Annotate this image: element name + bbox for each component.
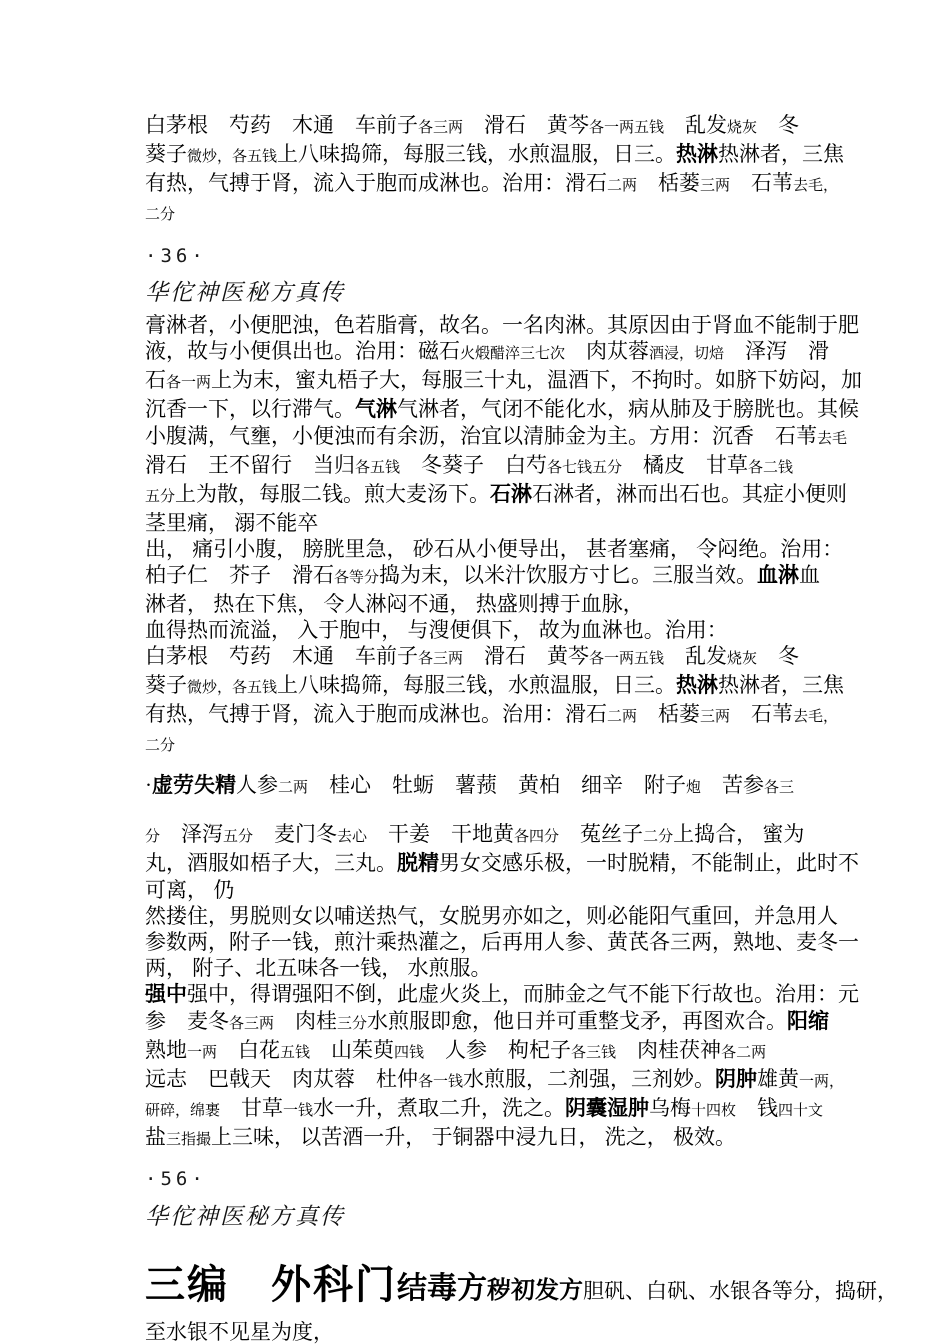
body-text: 山茱萸 xyxy=(310,1038,394,1062)
dose-annotation: 一钱 xyxy=(283,1103,313,1119)
para-qiangzhong: 强中强中，得谓强阳不倒，此虚火炎上，而肺金之气不能下行故也。治用：元参 麦冬各三… xyxy=(145,981,822,1037)
dose-annotation: 二分 xyxy=(643,829,673,845)
body-text: 两， 附子、北五味各一钱， 水煎服。 xyxy=(145,956,492,980)
body-text: 苦参 xyxy=(701,773,764,797)
body-text: 滑石 黄芩 xyxy=(463,644,589,668)
text-line: 至水银不见星为度， xyxy=(145,1319,822,1344)
text-line: 白茅根 芍药 木通 车前子各三两 滑石 黄芩各一两五钱 乱发烧灰 冬 xyxy=(145,112,822,141)
dose-annotation: 五分 xyxy=(223,829,253,845)
page-number-56: ·56· xyxy=(145,1167,822,1191)
body-text: 上为散，每服二钱。煎大麦汤下。 xyxy=(175,482,490,506)
dose-annotation: 微炒，各五钱 xyxy=(187,680,277,696)
text-line: 分 泽泻五分 麦门冬去心 干姜 干地黄各四分 菟丝子二分上捣合， 蜜为 xyxy=(145,821,822,850)
dose-annotation: 去心 xyxy=(337,829,367,845)
dose-annotation: 各一钱 xyxy=(418,1074,463,1090)
dose-annotation: 火煅醋淬三七次 xyxy=(460,346,565,362)
dose-annotation: 三两 xyxy=(700,709,730,725)
bold-term: 热淋 xyxy=(676,143,718,166)
body-text: 热淋者，三焦 xyxy=(718,673,844,697)
body-text: 气淋者，气闭不能化水，病从肺及于膀胱也。其候 xyxy=(397,397,859,421)
dose-annotation: 各四分 xyxy=(514,829,559,845)
body-text: 乌梅 xyxy=(649,1096,691,1120)
body-text: 捣为末，以米汁饮服方寸匕。三服当效。 xyxy=(379,563,757,587)
para-xulao-shijing: ·虚劳失精人参二两 桂心 牡蛎 薯蓣 黄柏 细辛 附子炮 苦参各三 xyxy=(145,772,822,801)
dose-annotation: 一两 xyxy=(187,1045,217,1061)
body-text: 人参 xyxy=(236,773,278,797)
body-text: 肉桂 xyxy=(274,1009,337,1033)
body-text: 沉香一下，以行滞气。 xyxy=(145,397,355,421)
text-line: 血得热而流溢， 入于胞中， 与溲便俱下， 故为血淋也。治用： xyxy=(145,617,822,643)
dose-annotation: 各二两 xyxy=(721,1045,766,1061)
body-text: 强中，得谓强阳不倒，此虚火炎上，而肺金之气不能下行故也。治用：元 xyxy=(187,982,859,1006)
body-text: 有热，气搏于肾，流入于胞而成淋也。治用：滑石 xyxy=(145,171,607,195)
dose-annotation: 三两 xyxy=(700,178,730,194)
body-text: 膏淋者，小便肥浊，色若脂膏，故名。一名肉淋。其原因由于肾血不能制于肥 xyxy=(145,313,859,337)
text-line: 膏淋者，小便肥浊，色若脂膏，故名。一名肉淋。其原因由于肾血不能制于肥 xyxy=(145,312,822,338)
body-text: 栝蒌 xyxy=(637,171,700,195)
dose-annotation: 微炒，各五钱 xyxy=(187,149,277,165)
dose-annotation: 各一两五钱 xyxy=(589,120,664,136)
document-page: 白茅根 芍药 木通 车前子各三两 滑石 黄芩各一两五钱 乱发烧灰 冬葵子微炒，各… xyxy=(0,0,950,1344)
body-text: 乱发 xyxy=(664,644,727,668)
body-text: 可离， 仍 xyxy=(145,878,234,902)
body-text: 远志 巴戟天 肉苁蓉 杜仲 xyxy=(145,1067,418,1091)
bold-term: 脱精 xyxy=(397,852,439,875)
para-yangsuo-yinzhong: 熟地一两 白花五钱 山茱萸四钱 人参 枸杞子各三钱 肉桂茯神各二两远志 巴戟天 … xyxy=(145,1037,822,1153)
body-text: 茎里痛， 溺不能卒 xyxy=(145,511,318,535)
text-line: 熟地一两 白花五钱 山茱萸四钱 人参 枸杞子各三钱 肉桂茯神各二两 xyxy=(145,1037,822,1066)
dose-annotation: 二两 xyxy=(607,178,637,194)
dose-annotation: 研碎，绵裹 xyxy=(145,1103,220,1119)
dose-annotation: 去毛 xyxy=(817,431,847,447)
body-text: 人参 枸杞子 xyxy=(424,1038,571,1062)
text-line: 葵子微炒，各五钱上八味捣筛，每服三钱，水煎温服，日三。热淋热淋者，三焦 xyxy=(145,672,822,701)
body-text: 桂心 牡蛎 薯蓣 黄柏 细辛 附子 xyxy=(308,773,686,797)
text-line: 葵子微炒，各五钱上八味捣筛，每服三钱，水煎温服，日三。热淋热淋者，三焦 xyxy=(145,141,822,170)
dose-annotation: 烧灰 xyxy=(727,651,757,667)
body-text: · xyxy=(145,773,152,797)
dose-annotation: 各三 xyxy=(764,780,794,796)
dose-annotation: 各三两 xyxy=(418,651,463,667)
text-line: 出， 痛引小腹， 膀胱里急， 砂石从小便导出， 甚者塞痛， 令闷绝。治用： xyxy=(145,536,822,562)
dose-annotation: 一两， xyxy=(799,1074,844,1090)
text-line: 滑石 王不留行 当归各五钱 冬葵子 白芍各七钱五分 橘皮 甘草各二钱 xyxy=(145,452,822,481)
text-line: 然搂住，男脱则女以哺送热气，女脱男亦如之，则必能阳气重回，并急用人 xyxy=(145,903,822,929)
dose-annotation: 二两 xyxy=(607,709,637,725)
text-line: 三编 外科门结毒方秽初发方胆矾、白矾、水银各等分，捣研， xyxy=(145,1261,822,1315)
body-text: 石苇 xyxy=(730,171,793,195)
heading-sanbian: 三编 外科门结毒方秽初发方胆矾、白矾、水银各等分，捣研， xyxy=(145,1261,822,1315)
dose-annotation: 三分 xyxy=(337,1016,367,1032)
body-text: 三编 外科门 xyxy=(145,1263,397,1307)
body-text: 葵子 xyxy=(145,142,187,166)
para-main: 膏淋者，小便肥浊，色若脂膏，故名。一名肉淋。其原因由于肾血不能制于肥液，故与小便… xyxy=(145,312,822,759)
body-text: 冬 xyxy=(757,644,799,668)
dose-annotation: 二分 xyxy=(145,207,175,223)
body-text: 上为末，蜜丸梧子大，每服三十丸，温酒下，不拘时。如脐下妨闷，加 xyxy=(211,368,862,392)
body-text: 甘草 xyxy=(220,1096,283,1120)
dose-annotation: 各五钱 xyxy=(355,460,400,476)
dose-annotation: 各等分 xyxy=(334,570,379,586)
bold-term: 气淋 xyxy=(355,398,397,421)
text-line: 二分 xyxy=(145,730,822,759)
dose-annotation: 各七钱五分 xyxy=(547,460,622,476)
body-text: 盐 xyxy=(145,1125,166,1149)
dose-annotation: 烧灰 xyxy=(727,120,757,136)
body-text: 石苇 xyxy=(730,702,793,726)
text-line: 柏子仁 芥子 滑石各等分捣为末，以米汁饮服方寸匕。三服当效。血淋血 xyxy=(145,562,822,591)
body-text: 肉桂茯神 xyxy=(616,1038,721,1062)
body-text: 胆矾、白矾、水银各等分，捣研， xyxy=(583,1279,898,1303)
para-tuojing: 分 泽泻五分 麦门冬去心 干姜 干地黄各四分 菟丝子二分上捣合， 蜜为丸，酒服如… xyxy=(145,821,822,981)
dose-annotation: 各三两 xyxy=(418,120,463,136)
page-number-36: ·36· xyxy=(145,244,822,268)
dose-annotation: 三指撮 xyxy=(166,1132,211,1148)
dose-annotation: 各一两 xyxy=(166,375,211,391)
body-text: 葵子 xyxy=(145,673,187,697)
body-text: 水一升，煮取二升，洗之。 xyxy=(313,1096,565,1120)
dose-annotation: 各三钱 xyxy=(571,1045,616,1061)
body-text: 柏子仁 芥子 滑石 xyxy=(145,563,334,587)
bold-term: 阴肿 xyxy=(715,1068,757,1091)
body-text: 水煎服，二剂强，三剂妙。 xyxy=(463,1067,715,1091)
body-text: 滑石 黄芩 xyxy=(463,113,589,137)
body-text: 乱发 xyxy=(664,113,727,137)
body-text: 小腹满，气壅，小便浊而有余沥，治宜以清肺金为主。方用：沉香 石苇 xyxy=(145,424,817,448)
body-text: 水煎服即愈，他日并可重整戈矛，再图欢合。 xyxy=(367,1009,787,1033)
body-text: 石淋者，淋而出石也。其症小便则 xyxy=(532,482,847,506)
body-text: 液，故与小便俱出也。治用：磁石 xyxy=(145,339,460,363)
body-text: 出， 痛引小腹， 膀胱里急， 砂石从小便导出， 甚者塞痛， 令闷绝。治用： xyxy=(145,537,843,561)
text-line: 有热，气搏于肾，流入于胞而成淋也。治用：滑石二两 栝蒌三两 石苇去毛， xyxy=(145,170,822,199)
dose-annotation: 四十文 xyxy=(778,1103,823,1119)
body-text: 泽泻 xyxy=(160,822,223,846)
body-text: 然搂住，男脱则女以哺送热气，女脱男亦如之，则必能阳气重回，并急用人 xyxy=(145,904,838,928)
dose-annotation: 各三两 xyxy=(229,1016,274,1032)
text-line: 参数两，附子一钱，煎汁乘热灌之，后再用人参、黄芪各三两，熟地、麦冬一 xyxy=(145,929,822,955)
text-line: 有热，气搏于肾，流入于胞而成淋也。治用：滑石二两 栝蒌三两 石苇去毛， xyxy=(145,701,822,730)
body-text: 上八味捣筛，每服三钱，水煎温服，日三。 xyxy=(277,142,676,166)
text-line: 强中强中，得谓强阳不倒，此虚火炎上，而肺金之气不能下行故也。治用：元 xyxy=(145,981,822,1008)
body-text: 栝蒌 xyxy=(637,702,700,726)
text-line: 五分上为散，每服二钱。煎大麦汤下。石淋石淋者，淋而出石也。其症小便则 xyxy=(145,481,822,510)
dose-annotation: 十四枚 xyxy=(691,1103,736,1119)
text-line: 研碎，绵裹 甘草一钱水一升，煮取二升，洗之。阴囊湿肿乌梅十四枚 钱四十文 xyxy=(145,1095,822,1124)
body-text: 丸，酒服如梧子大，三丸。 xyxy=(145,851,397,875)
text-line: 参 麦冬各三两 肉桂三分水煎服即愈，他日并可重整戈矛，再图欢合。阳缩 xyxy=(145,1008,822,1037)
text-line: 茎里痛， 溺不能卒 xyxy=(145,510,822,536)
body-text: 血得热而流溢， 入于胞中， 与溲便俱下， 故为血淋也。治用： xyxy=(145,618,728,642)
body-text: 热淋者，三焦 xyxy=(718,142,844,166)
para-lin-remedies: 白茅根 芍药 木通 车前子各三两 滑石 黄芩各一两五钱 乱发烧灰 冬葵子微炒，各… xyxy=(145,112,822,228)
body-text: 上八味捣筛，每服三钱，水煎温服，日三。 xyxy=(277,673,676,697)
text-line: 可离， 仍 xyxy=(145,877,822,903)
body-text: 白花 xyxy=(217,1038,280,1062)
text-line: 石各一两上为末，蜜丸梧子大，每服三十丸，温酒下，不拘时。如脐下妨闷，加 xyxy=(145,367,822,396)
book-title-2: 华佗神医秘方真传 xyxy=(145,1203,822,1231)
bold-term: 热淋 xyxy=(676,674,718,697)
bold-term: 阳缩 xyxy=(787,1010,829,1033)
body-text: 白茅根 芍药 木通 车前子 xyxy=(145,113,418,137)
body-text: 雄黄 xyxy=(757,1067,799,1091)
book-title-1: 华佗神医秘方真传 xyxy=(145,279,822,307)
body-text: 熟地 xyxy=(145,1038,187,1062)
body-text: 菟丝子 xyxy=(559,822,643,846)
body-text: 参数两，附子一钱，煎汁乘热灌之，后再用人参、黄芪各三两，熟地、麦冬一 xyxy=(145,930,859,954)
body-text: 淋者， 热在下焦， 令人淋闷不通， 热盛则搏于血脉， xyxy=(145,592,644,616)
text-line: 丸，酒服如梧子大，三丸。脱精男女交感乐极，一时脱精，不能制止，此时不 xyxy=(145,850,822,877)
dose-annotation: 四钱 xyxy=(394,1045,424,1061)
text-line: 二分 xyxy=(145,199,822,228)
body-text: 上捣合， 蜜为 xyxy=(673,822,804,846)
body-text: 上三味， 以苦酒一升， 于铜器中浸九日， 洗之， 极效。 xyxy=(211,1125,736,1149)
body-text: 血 xyxy=(799,563,820,587)
body-text: 参 麦冬 xyxy=(145,1009,229,1033)
body-text: 橘皮 甘草 xyxy=(622,453,748,477)
text-line: ·虚劳失精人参二两 桂心 牡蛎 薯蓣 黄柏 细辛 附子炮 苦参各三 xyxy=(145,772,822,801)
bold-term: 石淋 xyxy=(490,483,532,506)
body-text: 白茅根 芍药 木通 车前子 xyxy=(145,644,418,668)
dose-annotation: 炮 xyxy=(686,780,701,796)
bold-term: 阴囊湿肿 xyxy=(565,1097,649,1120)
bold-term: 血淋 xyxy=(757,564,799,587)
para-jiedu-close: 至水银不见星为度， xyxy=(145,1319,822,1344)
body-text: 结毒方 xyxy=(397,1272,487,1305)
dose-annotation: 五分 xyxy=(145,489,175,505)
body-text: 至水银不见星为度， xyxy=(145,1320,334,1344)
dose-annotation: 各一两五钱 xyxy=(589,651,664,667)
dose-annotation: 去毛， xyxy=(793,709,838,725)
text-line: 沉香一下，以行滞气。气淋气淋者，气闭不能化水，病从肺及于膀胱也。其候 xyxy=(145,396,822,423)
body-text: 有热，气搏于肾，流入于胞而成淋也。治用：滑石 xyxy=(145,702,607,726)
text-line: 液，故与小便俱出也。治用：磁石火煅醋淬三七次 肉苁蓉酒浸，切焙 泽泻 滑 xyxy=(145,338,822,367)
dose-annotation: 二两 xyxy=(278,780,308,796)
bold-term: 强中 xyxy=(145,983,187,1006)
text-line: 两， 附子、北五味各一钱， 水煎服。 xyxy=(145,955,822,981)
text-line: 远志 巴戟天 肉苁蓉 杜仲各一钱水煎服，二剂强，三剂妙。阴肿雄黄一两， xyxy=(145,1066,822,1095)
body-text: 冬 xyxy=(757,113,799,137)
text-line: 淋者， 热在下焦， 令人淋闷不通， 热盛则搏于血脉， xyxy=(145,591,822,617)
body-text: 秽初发方 xyxy=(487,1277,583,1304)
text-line: 白茅根 芍药 木通 车前子各三两 滑石 黄芩各一两五钱 乱发烧灰 冬 xyxy=(145,643,822,672)
dose-annotation: 去毛， xyxy=(793,178,838,194)
body-text: 冬葵子 白芍 xyxy=(400,453,547,477)
body-text: 肉苁蓉 xyxy=(565,339,649,363)
body-text: 男女交感乐极，一时脱精，不能制止，此时不 xyxy=(439,851,859,875)
text-line: 小腹满，气壅，小便浊而有余沥，治宜以清肺金为主。方用：沉香 石苇去毛 xyxy=(145,423,822,452)
text-line: 盐三指撮上三味， 以苦酒一升， 于铜器中浸九日， 洗之， 极效。 xyxy=(145,1124,822,1153)
body-text: 干姜 干地黄 xyxy=(367,822,514,846)
dose-annotation: 各二钱 xyxy=(748,460,793,476)
body-text: 滑石 王不留行 当归 xyxy=(145,453,355,477)
body-text: 泽泻 滑 xyxy=(724,339,829,363)
dose-annotation: 二分 xyxy=(145,738,175,754)
body-text: 钱 xyxy=(736,1096,778,1120)
body-text: 石 xyxy=(145,368,166,392)
bold-term: 虚劳失精 xyxy=(152,774,236,797)
dose-annotation: 酒浸，切焙 xyxy=(649,346,724,362)
dose-annotation: 分 xyxy=(145,829,160,845)
dose-annotation: 五钱 xyxy=(280,1045,310,1061)
body-text: 麦门冬 xyxy=(253,822,337,846)
